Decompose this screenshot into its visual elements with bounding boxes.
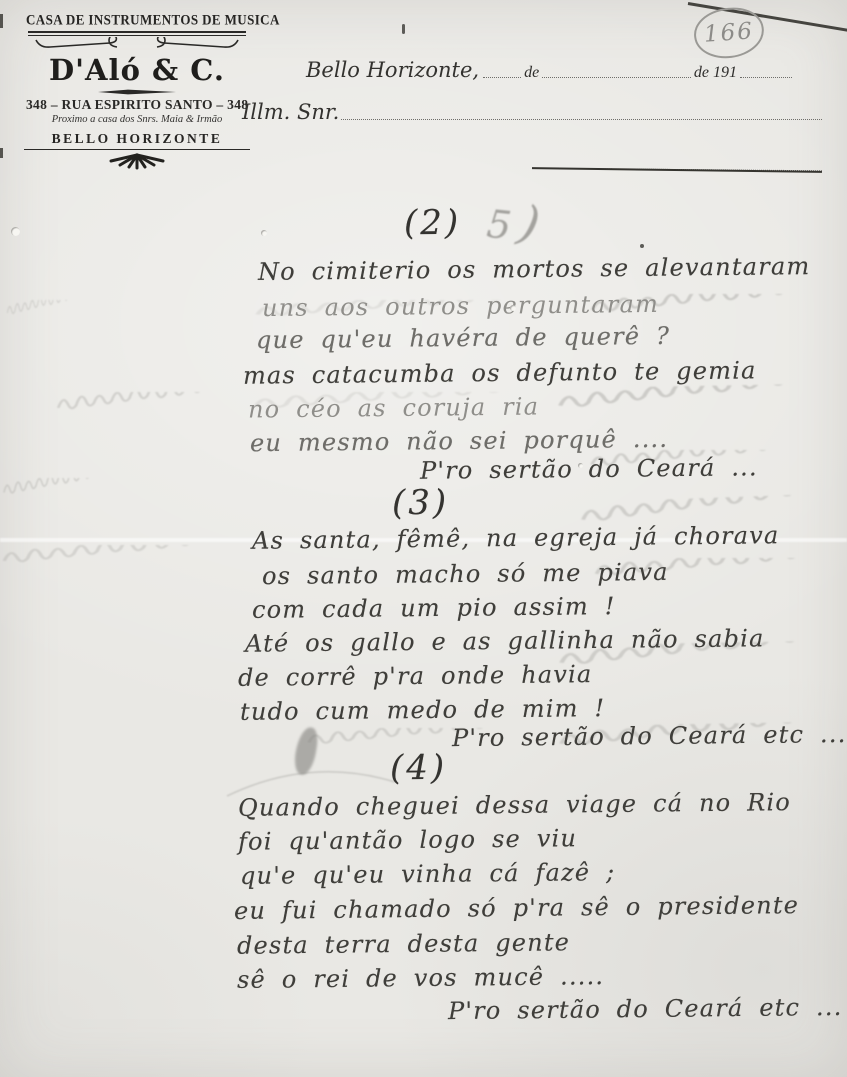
verse-line: P'ro sertão do Ceará ... <box>420 453 758 485</box>
year-blank <box>740 76 792 78</box>
addressee-label: Illm. Snr. <box>242 100 339 124</box>
verse-marker: (4) <box>390 748 448 789</box>
paper-fleck <box>11 227 20 236</box>
letterhead-tagline: CASA DE INSTRUMENTOS DE MUSICA <box>26 11 248 29</box>
addressee-line: Illm. Snr. <box>242 100 822 124</box>
letterhead-city: BELLO HORIZONTE <box>26 131 248 147</box>
letterhead-double-rule <box>28 31 246 36</box>
verse-line: uns aos outros perguntaram <box>262 290 659 322</box>
ghost-paren-mark: ) <box>514 195 546 254</box>
paper-speck <box>402 24 405 34</box>
paper-fleck <box>510 305 516 311</box>
paper-fleck <box>578 463 583 468</box>
scan-edge-artifact <box>0 148 3 158</box>
letterhead-city-underline <box>24 149 250 150</box>
letterhead-address: 348 – RUA ESPIRITO SANTO – 348 <box>26 97 248 113</box>
paper-speck <box>640 244 644 248</box>
verse-line: mas catacumba os defunto te gemia <box>243 356 757 389</box>
verse-line: qu'e qu'eu vinha cá fazê ; <box>240 858 616 890</box>
verse-line: no céo as coruja ria <box>248 392 539 423</box>
verse-line: Quando cheguei dessa viage cá no Rio <box>238 788 791 822</box>
bleed-through-mark <box>55 392 230 414</box>
ghost-numeral: 5 <box>485 202 514 248</box>
scan-edge-artifact <box>0 14 3 28</box>
verse-line: No cimiterio os mortos se alevantaram <box>258 252 811 286</box>
verse-line: os santo macho só me piava <box>262 558 669 590</box>
fan-ornament-icon <box>105 152 169 172</box>
scanned-letter-page: 5 ) CASA DE INSTRUMENTOS DE MUSICA D'Aló… <box>0 0 847 1077</box>
verse-line: de corrê p'ra onde havia <box>238 660 593 692</box>
year-prefix-label: de 191 <box>694 64 737 82</box>
verse-line: desta terra desta gente <box>237 928 570 959</box>
verse-line: Até os gallo e as gallinha não sabia <box>245 624 765 657</box>
letterhead-company-name: D'Aló & C. <box>26 53 248 87</box>
page-number: 166 <box>703 18 755 47</box>
reference-rule <box>532 165 822 173</box>
month-blank <box>542 76 691 78</box>
tapered-rule <box>98 89 176 95</box>
paper-fleck <box>261 230 267 236</box>
verse-line: P'ro sertão do Ceará etc ... <box>448 993 843 1025</box>
scroll-ornament-icon <box>32 37 242 53</box>
verse-line: eu fui chamado só p'ra sê o presidente <box>234 891 799 925</box>
verse-line: sê o rei de vos mucê ..... <box>237 962 604 994</box>
verse-line: foi qu'antão logo se viu <box>238 824 577 856</box>
date-line: Bello Horizonte, de de 191 <box>306 58 792 82</box>
verse-marker: (3) <box>392 483 450 524</box>
bleed-through-mark <box>6 300 80 318</box>
letterhead-address-note: Proximo a casa dos Snrs. Maia & Irmão <box>26 114 248 125</box>
verse-line: tudo cum medo de mim ! <box>240 694 606 726</box>
verse-line: que qu'eu havéra de querê ? <box>256 322 670 354</box>
bleed-through-mark <box>2 478 107 498</box>
de-label: de <box>524 64 539 82</box>
addressee-blank <box>341 118 822 120</box>
bleed-through-mark <box>555 384 830 413</box>
verse-line: com cada um pio assim ! <box>252 592 616 624</box>
verse-line: P'ro sertão do Ceará etc .... <box>452 720 847 752</box>
letterhead: CASA DE INSTRUMENTOS DE MUSICA D'Aló & C… <box>26 12 248 172</box>
bleed-through-mark <box>0 545 228 567</box>
verse-line: eu mesmo não sei porquê .... <box>250 425 668 457</box>
verse-line: As santa, fêmê, na egreja já chorava <box>252 521 780 555</box>
day-blank <box>483 76 521 78</box>
place-label: Bello Horizonte, <box>306 58 479 82</box>
verse-marker: (2) <box>404 203 462 244</box>
